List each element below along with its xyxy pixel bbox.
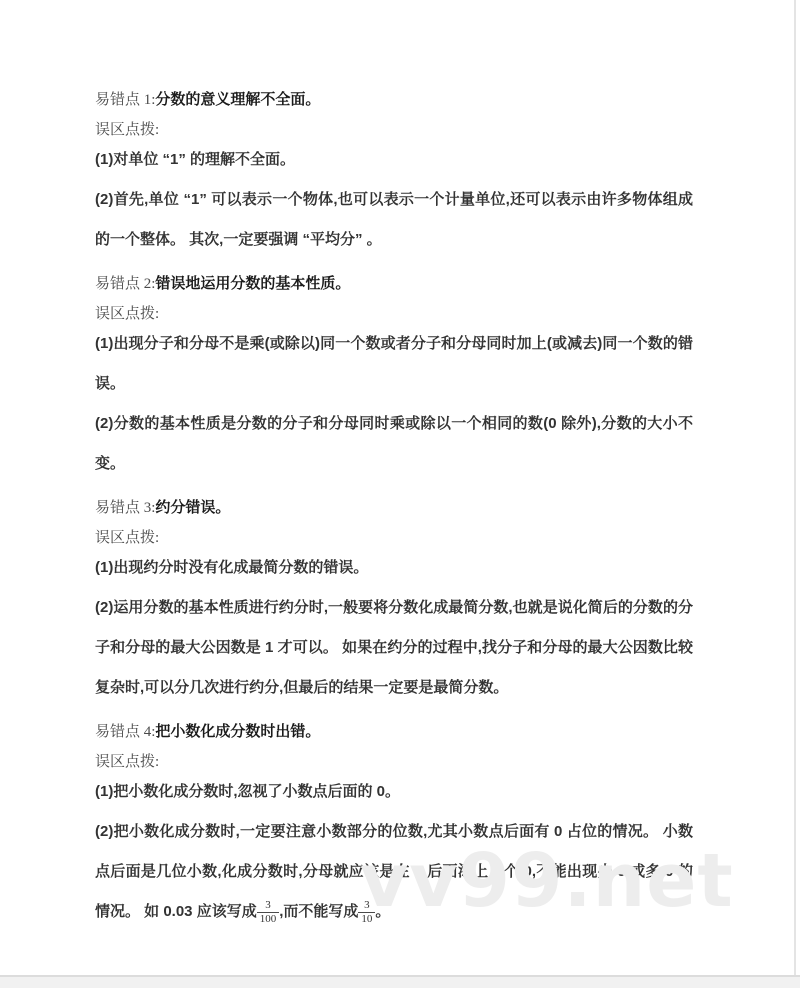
fraction-3-over-100: 3100	[257, 899, 280, 924]
section-mistake-3: 易错点 3:约分错误。 误区点拨: (1)出现约分时没有化成最简分数的错误。 (…	[95, 488, 693, 708]
section-mistake-2: 易错点 2:错误地运用分数的基本性质。 误区点拨: (1)出现分子和分母不是乘(…	[95, 264, 693, 484]
tip-item-1: (1)对单位 “1” 的理解不全面。	[95, 140, 693, 180]
fraction-denominator: 100	[257, 912, 280, 925]
watermark: vv99.net	[360, 838, 734, 924]
tip-item-1: (1)出现约分时没有化成最简分数的错误。	[95, 548, 693, 588]
point-label: 易错点 2:	[95, 276, 155, 292]
tip-item-1: (1)出现分子和分母不是乘(或除以)同一个数或者分子和分母同时加上(或减去)同一…	[95, 324, 693, 404]
point-title: 错误地运用分数的基本性质。	[155, 275, 350, 292]
tip-item-2: (2)运用分数的基本性质进行约分时,一般要将分数化成最简分数,也就是说化简后的分…	[95, 588, 693, 708]
point-label: 易错点 1:	[95, 92, 155, 108]
fraction-numerator: 3	[257, 899, 280, 911]
item-text-middle: ,而不能写成	[279, 903, 358, 920]
section-mistake-1: 易错点 1:分数的意义理解不全面。 误区点拨: (1)对单位 “1” 的理解不全…	[95, 80, 693, 260]
scan-background-strip	[0, 977, 800, 988]
document-body: 易错点 1:分数的意义理解不全面。 误区点拨: (1)对单位 “1” 的理解不全…	[0, 0, 800, 932]
point-label: 易错点 4:	[95, 724, 155, 740]
page-right-edge-line	[794, 0, 796, 977]
tip-item-2: (2)分数的基本性质是分数的分子和分母同时乘或除以一个相同的数(0 除外),分数…	[95, 404, 693, 484]
point-title: 把小数化成分数时出错。	[155, 723, 320, 740]
scanned-document-page: { "watermark": { "text": "vv99.net", "co…	[0, 0, 800, 988]
tip-item-2: (2)首先,单位 “1” 可以表示一个物体,也可以表示一个计量单位,还可以表示由…	[95, 180, 693, 260]
tip-item-1: (1)把小数化成分数时,忽视了小数点后面的 0。	[95, 772, 693, 812]
point-label: 易错点 3:	[95, 500, 155, 516]
point-title: 约分错误。	[155, 499, 230, 516]
point-title: 分数的意义理解不全面。	[155, 91, 320, 108]
